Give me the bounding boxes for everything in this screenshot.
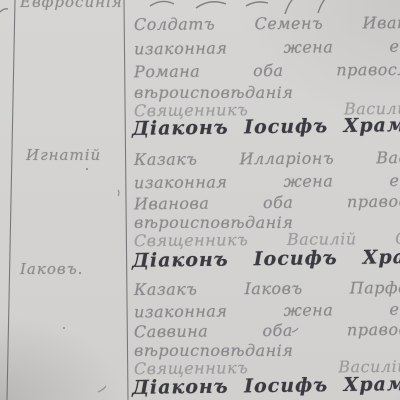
record-line: Казакъ Илларіонъ Вас: [134, 148, 400, 169]
paper-speck: [63, 327, 65, 329]
baptism-name-iakov: Іаковъ.: [20, 260, 83, 278]
record-line: изаконная жена ег: [134, 300, 400, 322]
record-line: Казакъ Іаковъ Парфе: [134, 278, 400, 299]
record-line: Саввина оба правос: [134, 320, 400, 341]
record-line: Солдатъ Семенъ Иван: [134, 13, 400, 34]
register-page: Евфросинія Игнатій Іаковъ. Солдатъ Семен…: [0, 0, 400, 400]
record-line: Иванова оба правос: [134, 192, 400, 214]
record-line-deacon: Діаконъ Іосифъ Храм: [132, 373, 400, 399]
paper-speck: [86, 168, 88, 170]
record-line: изаконная жена ег: [134, 37, 400, 59]
record-line: изаконная жена ег: [134, 171, 400, 192]
record-line: Романа оба правосл: [134, 60, 400, 81]
record-line-deacon: Діаконъ Іосифъ Храм: [132, 114, 400, 140]
record-line-deacon: Діаконъ Іосифъ Хра: [132, 246, 400, 272]
baptism-name-evfrosinia: Евфросинія: [20, 0, 123, 11]
baptism-name-ignatiy: Игнатій: [26, 146, 101, 164]
